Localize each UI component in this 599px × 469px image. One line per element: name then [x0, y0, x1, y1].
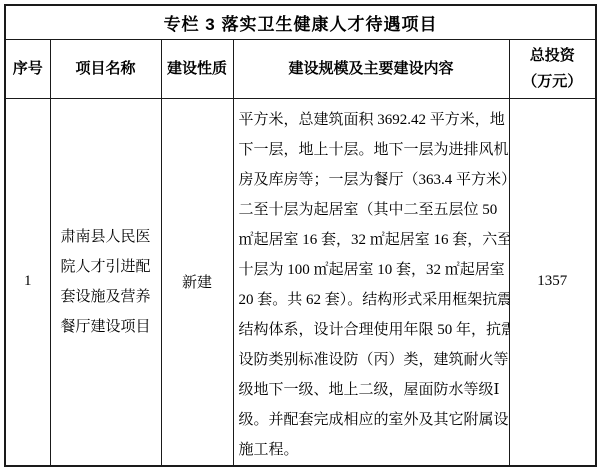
col-header-seq: 序号	[5, 39, 50, 98]
table-title-row: 专栏 3 落实卫生健康人才待遇项目	[5, 5, 596, 39]
col-header-construction-nature: 建设性质	[161, 39, 233, 98]
cell-total-investment: 1357	[509, 98, 596, 466]
col-header-project-name: 项目名称	[50, 39, 161, 98]
col-header-total-investment: 总投资（万元）	[509, 39, 596, 98]
cell-seq: 1	[5, 98, 50, 466]
project-table: 专栏 3 落实卫生健康人才待遇项目 序号 项目名称 建设性质 建设规模及主要建设…	[4, 4, 597, 467]
col-header-construction-content: 建设规模及主要建设内容	[233, 39, 509, 98]
cell-construction-content: 平方米，总建筑面积 3692.42 平方米，地下一层，地上十层。地下一层为进排风…	[233, 98, 509, 466]
cell-construction-nature: 新建	[161, 98, 233, 466]
table-row: 1 肃南县人民医院人才引进配套设施及营养餐厅建设项目 新建 平方米，总建筑面积 …	[5, 98, 596, 466]
document-page: 专栏 3 落实卫生健康人才待遇项目 序号 项目名称 建设性质 建设规模及主要建设…	[0, 0, 599, 469]
table-title: 专栏 3 落实卫生健康人才待遇项目	[5, 5, 596, 39]
cell-project-name: 肃南县人民医院人才引进配套设施及营养餐厅建设项目	[50, 98, 161, 466]
table-header-row: 序号 项目名称 建设性质 建设规模及主要建设内容 总投资（万元）	[5, 39, 596, 98]
